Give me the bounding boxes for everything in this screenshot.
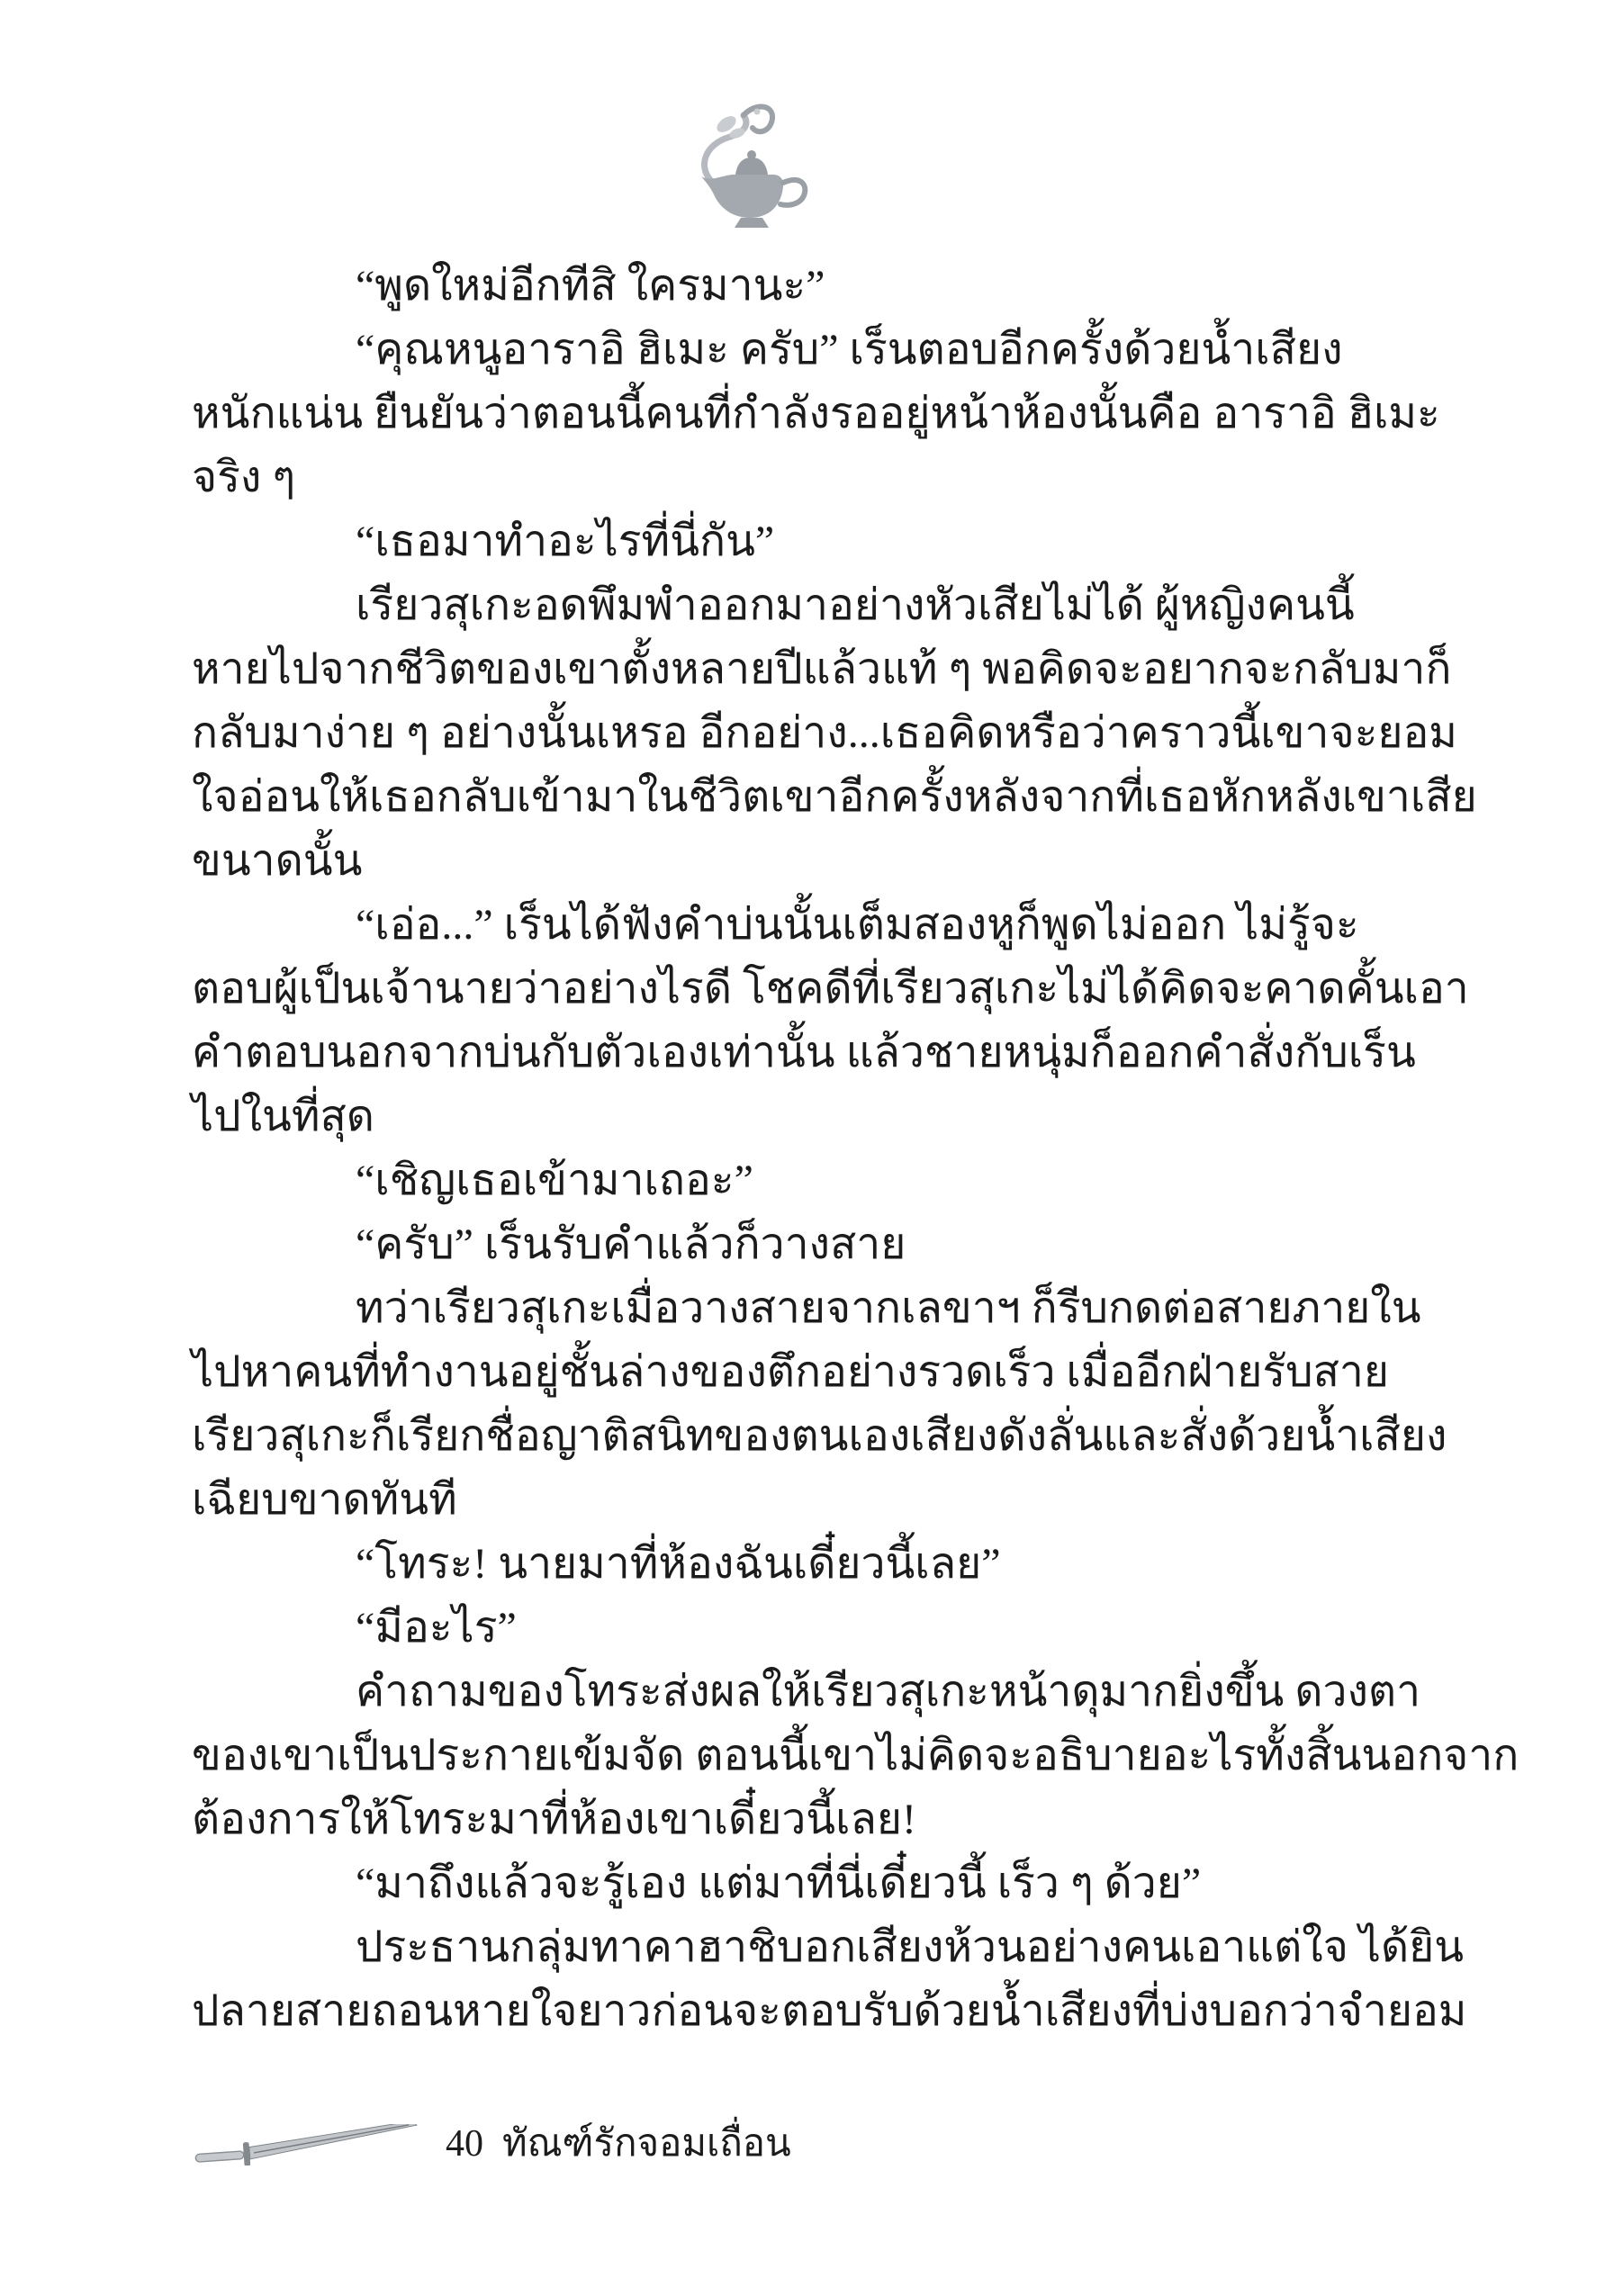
text-line: กลับมาง่าย ๆ อย่างนั้นเหรอ อีกอย่าง...เธ… xyxy=(192,701,1335,765)
text-line: “พูดใหม่อีกทีสิ ใครมานะ” xyxy=(192,254,1335,318)
text-line: “โทระ! นายมาที่ห้องฉันเดี๋ยวนี้เลย” xyxy=(192,1532,1335,1596)
text-line: ใจอ่อนให้เธอกลับเข้ามาในชีวิตเขาอีกครั้ง… xyxy=(192,765,1335,829)
sword-ornament xyxy=(192,2124,424,2165)
book-page: “พูดใหม่อีกทีสิ ใครมานะ”“คุณหนูอาราอิ ฮิ… xyxy=(0,0,1605,2296)
lamp-ornament xyxy=(680,97,824,232)
text-line: เฉียบขาดทันที xyxy=(192,1468,1335,1532)
text-line: ประธานกลุ่มทาคาฮาชิบอกเสียงห้วนอย่างคนเอ… xyxy=(192,1915,1335,1979)
text-line: ไปหาคนที่ทำงานอยู่ชั้นล่างของตึกอย่างรวด… xyxy=(192,1340,1335,1404)
text-line: “มาถึงแล้วจะรู้เอง แต่มาที่นี่เดี๋ยวนี้ … xyxy=(192,1851,1335,1915)
text-line: คำตอบนอกจากบ่นกับตัวเองเท่านั้น แล้วชายห… xyxy=(192,1021,1335,1085)
text-line: ทว่าเรียวสุเกะเมื่อวางสายจากเลขาฯ ก็รีบก… xyxy=(192,1276,1335,1340)
text-line: ของเขาเป็นประกายเข้มจัด ตอนนี้เขาไม่คิดจ… xyxy=(192,1724,1335,1787)
genie-lamp-icon xyxy=(680,97,824,232)
text-line: จริง ๆ xyxy=(192,446,1335,509)
page-footer: 40 ทัณฑ์รักจอมเถื่อน xyxy=(192,2117,1335,2171)
text-line: หายไปจากชีวิตของเขาตั้งหลายปีแล้วแท้ ๆ พ… xyxy=(192,637,1335,701)
text-line: “เอ่อ...” เร็นได้ฟังคำบ่นนั้นเต็มสองหูก็… xyxy=(192,893,1335,957)
text-line: “เธอมาทำอะไรที่นี่กัน” xyxy=(192,509,1335,573)
sword-icon xyxy=(192,2124,424,2165)
text-line: คำถามของโทระส่งผลให้เรียวสุเกะหน้าดุมากย… xyxy=(192,1660,1335,1724)
text-line: หนักแน่น ยืนยันว่าตอนนี้คนที่กำลังรออยู่… xyxy=(192,382,1335,446)
text-line: “คุณหนูอาราอิ ฮิเมะ ครับ” เร็นตอบอีกครั้… xyxy=(192,318,1335,382)
text-block: “พูดใหม่อีกทีสิ ใครมานะ”“คุณหนูอาราอิ ฮิ… xyxy=(192,254,1335,2043)
text-line: ไปในที่สุด xyxy=(192,1085,1335,1148)
text-line: “มีอะไร” xyxy=(192,1596,1335,1660)
text-line: “เชิญเธอเข้ามาเถอะ” xyxy=(192,1148,1335,1212)
text-line: เรียวสุเกะอดพึมพำออกมาอย่างหัวเสียไม่ได้… xyxy=(192,573,1335,637)
text-line: เรียวสุเกะก็เรียกชื่อญาติสนิทของตนเองเสี… xyxy=(192,1404,1335,1468)
book-title: ทัณฑ์รักจอมเถื่อน xyxy=(502,2117,791,2171)
text-line: ต้องการให้โทระมาที่ห้องเขาเดี๋ยวนี้เลย! xyxy=(192,1787,1335,1851)
text-line: ตอบผู้เป็นเจ้านายว่าอย่างไรดี โชคดีที่เร… xyxy=(192,957,1335,1021)
text-line: ขนาดนั้น xyxy=(192,829,1335,893)
text-line: “ครับ” เร็นรับคำแล้วก็วางสาย xyxy=(192,1212,1335,1276)
text-line: ปลายสายถอนหายใจยาวก่อนจะตอบรับด้วยน้ำเสี… xyxy=(192,1979,1335,2043)
page-number: 40 xyxy=(446,2117,483,2171)
